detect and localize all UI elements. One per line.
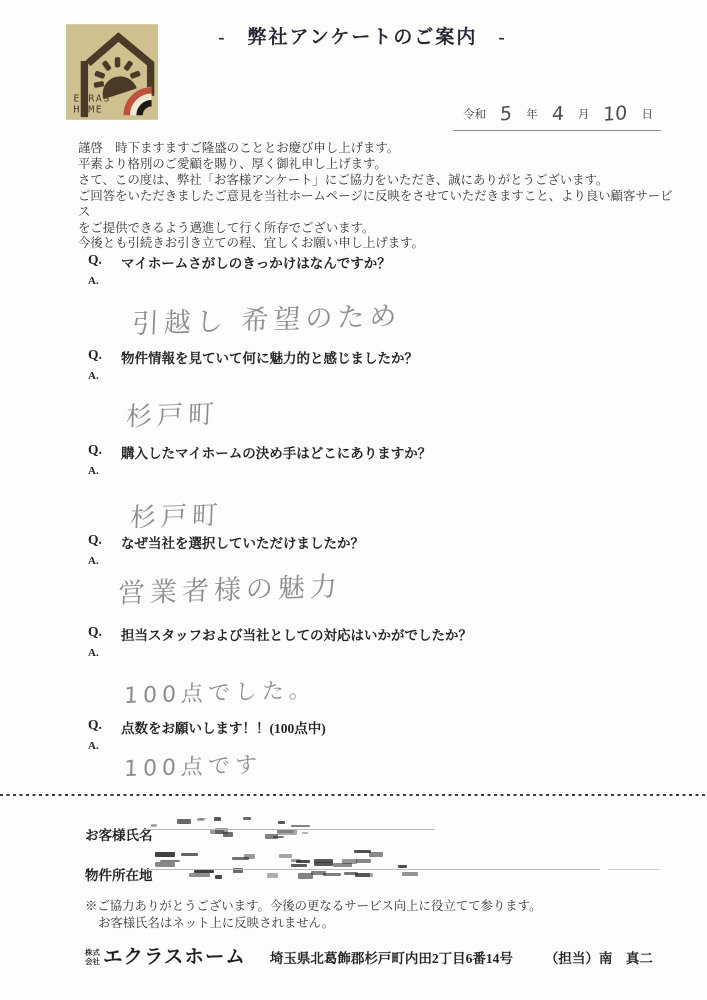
question-text: なぜ当社を選択していただけましたか？ xyxy=(121,532,364,552)
company-name: エクラスホーム xyxy=(103,941,246,970)
greeting-line: さて、この度は、弊社「お客様アンケート」にご協力をいただき、誠にありがとうござい… xyxy=(78,173,673,189)
handwritten-answer: 杉戸町 xyxy=(129,495,223,535)
qa-block-6: Q. 点数をお願いします！！(100点中) A. 100点です xyxy=(88,717,677,752)
question-text: 購入したマイホームの決め手はどこにありますか？ xyxy=(121,442,431,462)
company-contact: （担当）南 真二 xyxy=(545,947,653,970)
date-month-unit: 月 xyxy=(578,109,590,121)
question-label: Q. xyxy=(88,252,121,272)
greeting-line: 今後とも引続きお引き立ての程、宜しくお願い申し上げます。 xyxy=(78,236,673,252)
footer-note-line2: お客様氏名はネット上に反映されません。 xyxy=(85,915,541,932)
answer-label: A. xyxy=(88,275,677,287)
date-year-handwritten: 5 xyxy=(500,103,513,126)
question-text: 点数をお願いします！！(100点中) xyxy=(121,717,326,737)
date-month-handwritten: 4 xyxy=(551,103,564,126)
greeting-paragraph: 謹啓 時下ますますご隆盛のこととお慶び申し上げます。 平素より格別のご愛顧を賜り… xyxy=(78,141,673,252)
question-text: 物件情報を見ていて何に魅力的と感じましたか？ xyxy=(121,347,418,367)
customer-name-label: お客様氏名 xyxy=(85,824,153,844)
question-row: Q. 物件情報を見ていて何に魅力的と感じましたか？ xyxy=(88,347,677,367)
logo-text-line2: HOME xyxy=(73,104,103,115)
qa-block-3: Q. 購入したマイホームの決め手はどこにありますか？ A. 杉戸町 xyxy=(88,442,677,477)
property-location-label: 物件所在地 xyxy=(85,864,153,884)
company-prefix: 株式 会社 xyxy=(85,949,100,970)
customer-name-underline xyxy=(143,829,435,830)
property-location-underline xyxy=(143,869,600,870)
redacted-customer-name xyxy=(150,812,325,843)
redacted-property-location xyxy=(148,849,478,882)
date-day-handwritten: 10 xyxy=(603,102,628,126)
handwritten-answer: 100点でした。 xyxy=(123,673,316,710)
answer-label: A. xyxy=(88,555,677,567)
survey-document-page: ECRAS HOME - 弊社アンケートのご案内 - 令和 5 年 4 月 10… xyxy=(0,0,707,1000)
date-line: 令和 5 年 4 月 10 日 xyxy=(453,101,661,131)
question-row: Q. マイホームさがしのきっかけはなんですか？ xyxy=(88,252,677,272)
footer-note: ※ご協力ありがとうございます。今後の更なるサービス向上に役立てて参ります。 お客… xyxy=(85,898,541,931)
date-day-unit: 日 xyxy=(642,109,654,121)
footer-note-line1: ※ご協力ありがとうございます。今後の更なるサービス向上に役立てて参ります。 xyxy=(85,898,541,915)
handwritten-answer: 杉戸町 xyxy=(125,394,219,434)
handwritten-answer: 営業者様の魅力 xyxy=(117,564,342,610)
company-prefix-bottom: 会社 xyxy=(85,958,100,967)
question-label: Q. xyxy=(88,347,121,367)
question-row: Q. 購入したマイホームの決め手はどこにありますか？ xyxy=(88,442,677,462)
answer-label: A. xyxy=(88,370,677,382)
qa-block-1: Q. マイホームさがしのきっかけはなんですか？ A. 引越し 希望のため xyxy=(88,252,677,287)
question-label: Q. xyxy=(88,624,121,644)
property-location-underline-2 xyxy=(608,869,660,870)
date-year-unit: 年 xyxy=(526,109,538,121)
greeting-line: 謹啓 時下ますますご隆盛のこととお慶び申し上げます。 xyxy=(78,141,673,157)
company-info-row: 株式 会社 エクラスホーム 埼玉県北葛飾郡杉戸町内田2丁目6番14号 （担当）南… xyxy=(85,941,687,970)
dotted-separator xyxy=(0,794,707,796)
question-label: Q. xyxy=(88,442,121,462)
question-label: Q. xyxy=(88,717,121,737)
question-row: Q. 点数をお願いします！！(100点中) xyxy=(88,717,677,737)
handwritten-answer: 引越し 希望のため xyxy=(131,294,402,342)
question-row: Q. 担当スタッフおよび当社としての対応はいかがでしたか？ xyxy=(88,624,677,644)
qa-block-5: Q. 担当スタッフおよび当社としての対応はいかがでしたか？ A. 100点でした… xyxy=(88,624,677,659)
answer-label: A. xyxy=(88,465,677,477)
handwritten-answer: 100点です xyxy=(123,748,262,783)
logo-text-line1: ECRAS xyxy=(73,93,110,104)
page-title: - 弊社アンケートのご案内 - xyxy=(0,22,707,49)
qa-block-4: Q. なぜ当社を選択していただけましたか？ A. 営業者様の魅力 xyxy=(88,532,677,567)
answer-label: A. xyxy=(88,647,677,659)
question-row: Q. なぜ当社を選択していただけましたか？ xyxy=(88,532,677,552)
question-text: 担当スタッフおよび当社としての対応はいかがでしたか？ xyxy=(121,624,472,644)
date-era-label: 令和 xyxy=(463,109,486,121)
greeting-line: をご提供できるよう邁進して行く所存でございます。 xyxy=(78,221,673,237)
question-label: Q. xyxy=(88,532,121,552)
greeting-line: 平素より格別のご愛顧を賜り、厚く御礼申し上げます。 xyxy=(78,157,673,173)
question-text: マイホームさがしのきっかけはなんですか？ xyxy=(121,252,391,272)
company-address: 埼玉県北葛飾郡杉戸町内田2丁目6番14号 xyxy=(270,947,513,970)
qa-block-2: Q. 物件情報を見ていて何に魅力的と感じましたか？ A. 杉戸町 xyxy=(88,347,677,382)
greeting-line: ご回答をいただきましたご意見を当社ホームページに反映をさせていただきますこと、よ… xyxy=(78,189,673,221)
